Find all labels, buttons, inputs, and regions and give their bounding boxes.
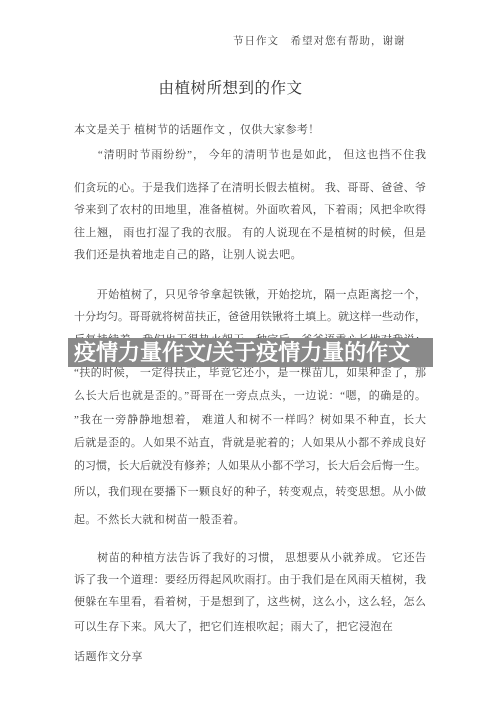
document-page: 节日作文 希望对您有帮助，谢谢 由植树所想到的作文 本文是关于 植树节的话题作文…: [0, 0, 500, 707]
body-line: 们贪玩的心。于是我们选择了在清明长假去植树。 我、哥哥、爸爸、爷: [74, 177, 426, 199]
body-line: 所以，我们现在要播下一颗良好的种子，转变观点，转变思想。从小做: [74, 481, 426, 503]
body-line: 诉了我一个道理：要经历得起风吹雨打。由于我们是在风雨天植树，我: [74, 569, 426, 591]
body-line: 可以生存下来。风大了，把它们连根吹起；雨大了，把它浸泡在: [74, 616, 426, 638]
body-line: 么长大后也就是歪的。”哥哥在一旁点点头，一边说：“嗯，的确是的。: [74, 385, 426, 407]
body-line: 爷来到了农村的田地里，准备植树。外面吹着风，下着雨；风把伞吹得: [74, 199, 426, 221]
body-line: 便躲在车里看，看着树，于是想到了，这些树，这么小，这么轻，怎么: [74, 591, 426, 613]
body-line: 本文是关于 植树节的话题作文 ，仅供大家参考！: [74, 119, 426, 141]
body-line: 起。不然长大就和树苗一般歪着。: [74, 509, 426, 531]
body-line: 树苗的种植方法告诉了我好的习惯， 思想要从小就养成。 它还告: [74, 547, 426, 569]
body-line: 我们还是执着地走自己的路，让别人说去吧。: [74, 244, 426, 266]
overlay-title-banner: 疫情力量作文/关于疫情力量的作文: [68, 338, 433, 367]
body-line: 往上翘， 雨也打湿了我的衣服。 有的人说现在不是植树的时候，但是: [74, 222, 426, 244]
body-line: “清明时节雨纷纷”， 今年的清明节也是如此， 但这也挡不住我: [74, 144, 426, 166]
body-line: 十分均匀。哥哥就将树苗扶正，爸爸用铁锹将土填上。就这样一些动作，: [74, 306, 426, 328]
body-line: 后就是歪的。人如果不站直，背就是驼着的；人如果从小都不养成良好: [74, 432, 426, 454]
document-footer-note: 话题作文分享: [74, 648, 143, 664]
body-line: ”我在一旁静静地想着， 难道人和树不一样吗？树如果不种直，长大: [74, 409, 426, 431]
body-line: 的习惯，长大后就没有修养；人如果从小都不学习，长大后会后悔一生。: [74, 455, 426, 477]
body-line: 开始植树了，只见爷爷拿起铁锹，开始挖坑，隔一点距离挖一个，: [74, 284, 426, 306]
